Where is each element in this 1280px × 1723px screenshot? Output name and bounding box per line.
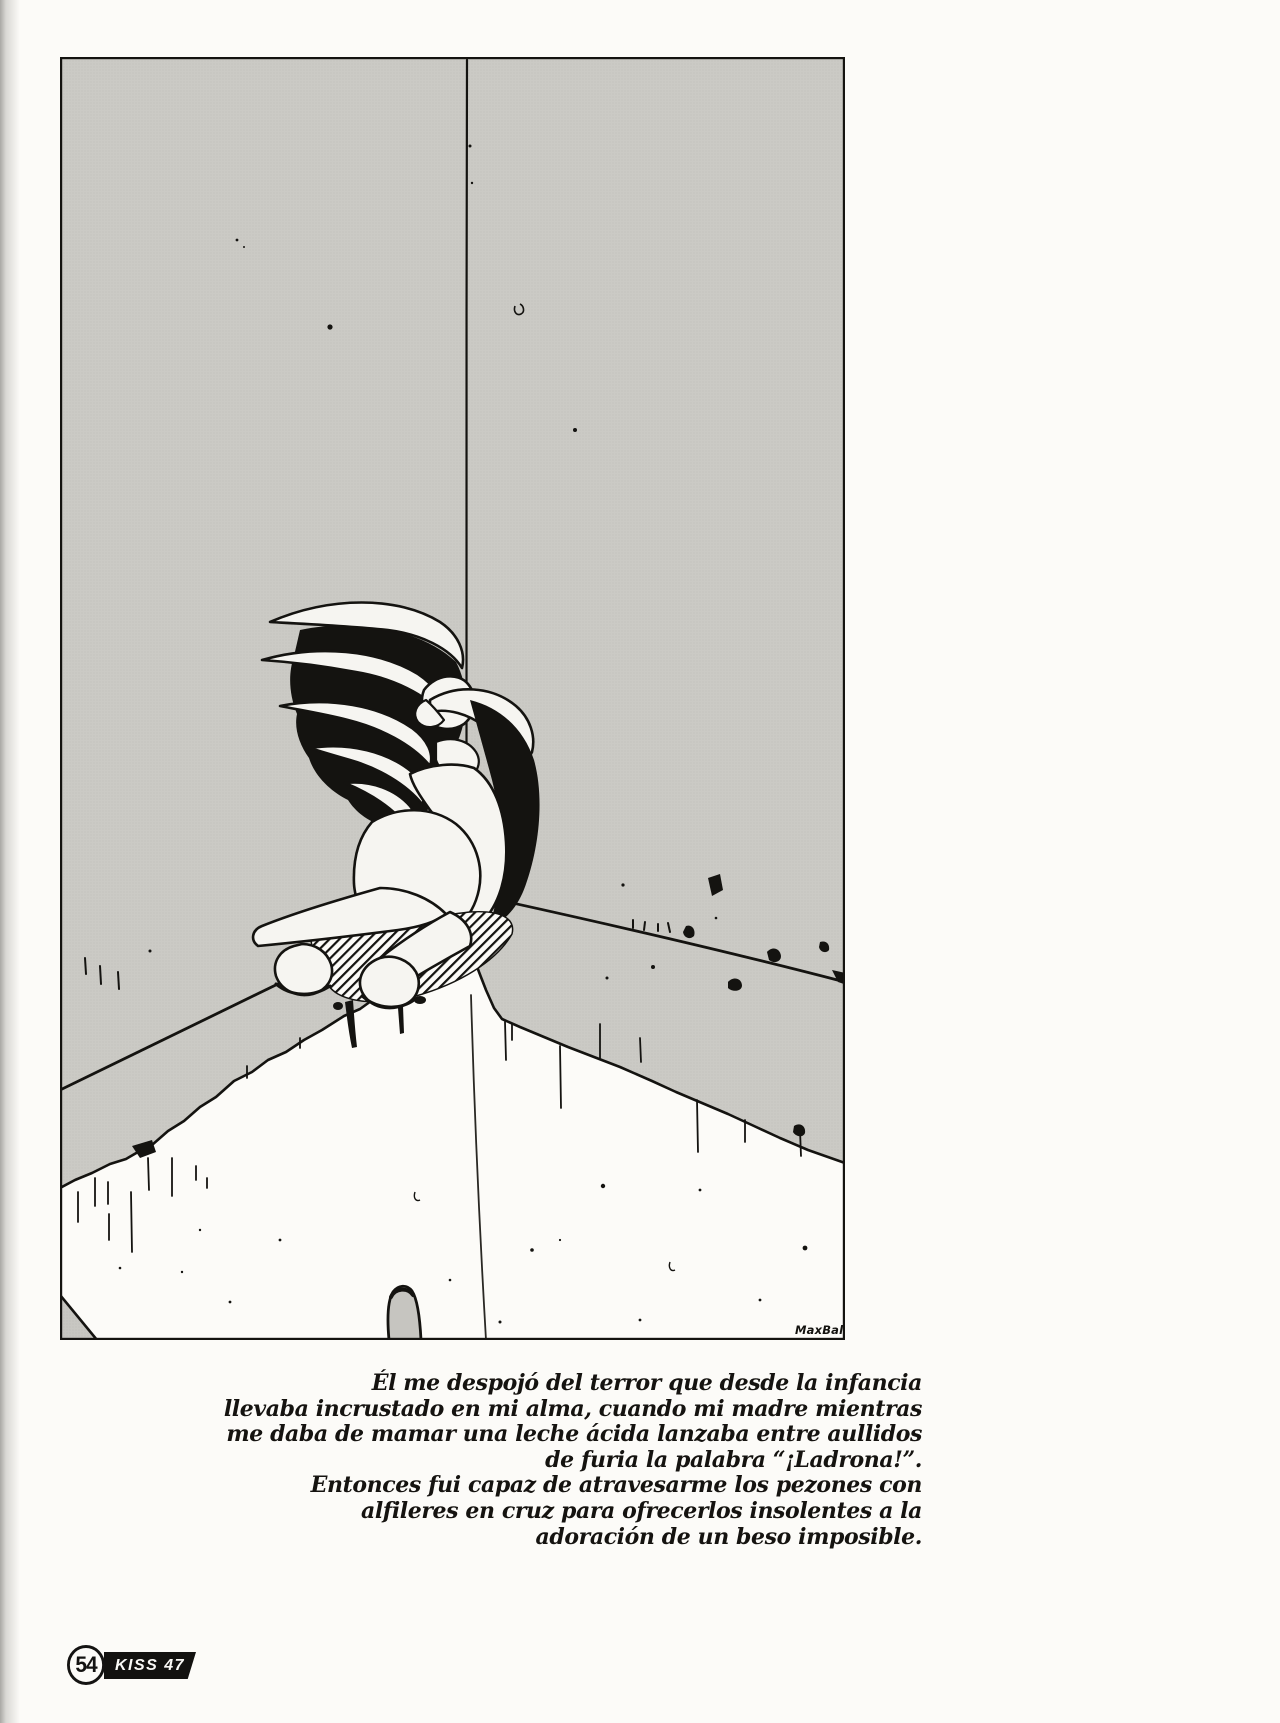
caption-line: llevaba incrustado en mi alma, cuando mi…: [202, 1397, 922, 1423]
artwork-panel: MaxBalk 43: [60, 57, 845, 1340]
magazine-logo-badge: KISS 47: [104, 1652, 196, 1679]
corner-room-illustration: MaxBalk 43: [60, 57, 845, 1340]
caption: Él me despojó del terror que desde la in…: [202, 1371, 922, 1550]
page-footer: 54 KISS 47: [66, 1644, 196, 1685]
caption-line: me daba de mamar una leche ácida lanzaba…: [202, 1422, 922, 1448]
caption-line: de furia la palabra “¡Ladrona!”.: [202, 1448, 922, 1474]
caption-line: alfileres en cruz para ofrecerlos insole…: [202, 1499, 922, 1525]
magazine-logo: KISS 47: [115, 1657, 185, 1675]
artist-signature: MaxBalk 43: [795, 1323, 845, 1337]
caption-line: adoración de un beso imposible.: [202, 1525, 922, 1551]
caption-line: Entonces fui capaz de atravesarme los pe…: [202, 1473, 922, 1499]
page-number: 54: [75, 1652, 96, 1678]
page-edge-shadow: [0, 0, 20, 1723]
page-number-badge: 54: [67, 1645, 105, 1685]
caption-line: Él me despojó del terror que desde la in…: [202, 1371, 922, 1397]
scanned-comic-page: { "page": { "caption_lines": [ "Él me de…: [0, 0, 1280, 1723]
